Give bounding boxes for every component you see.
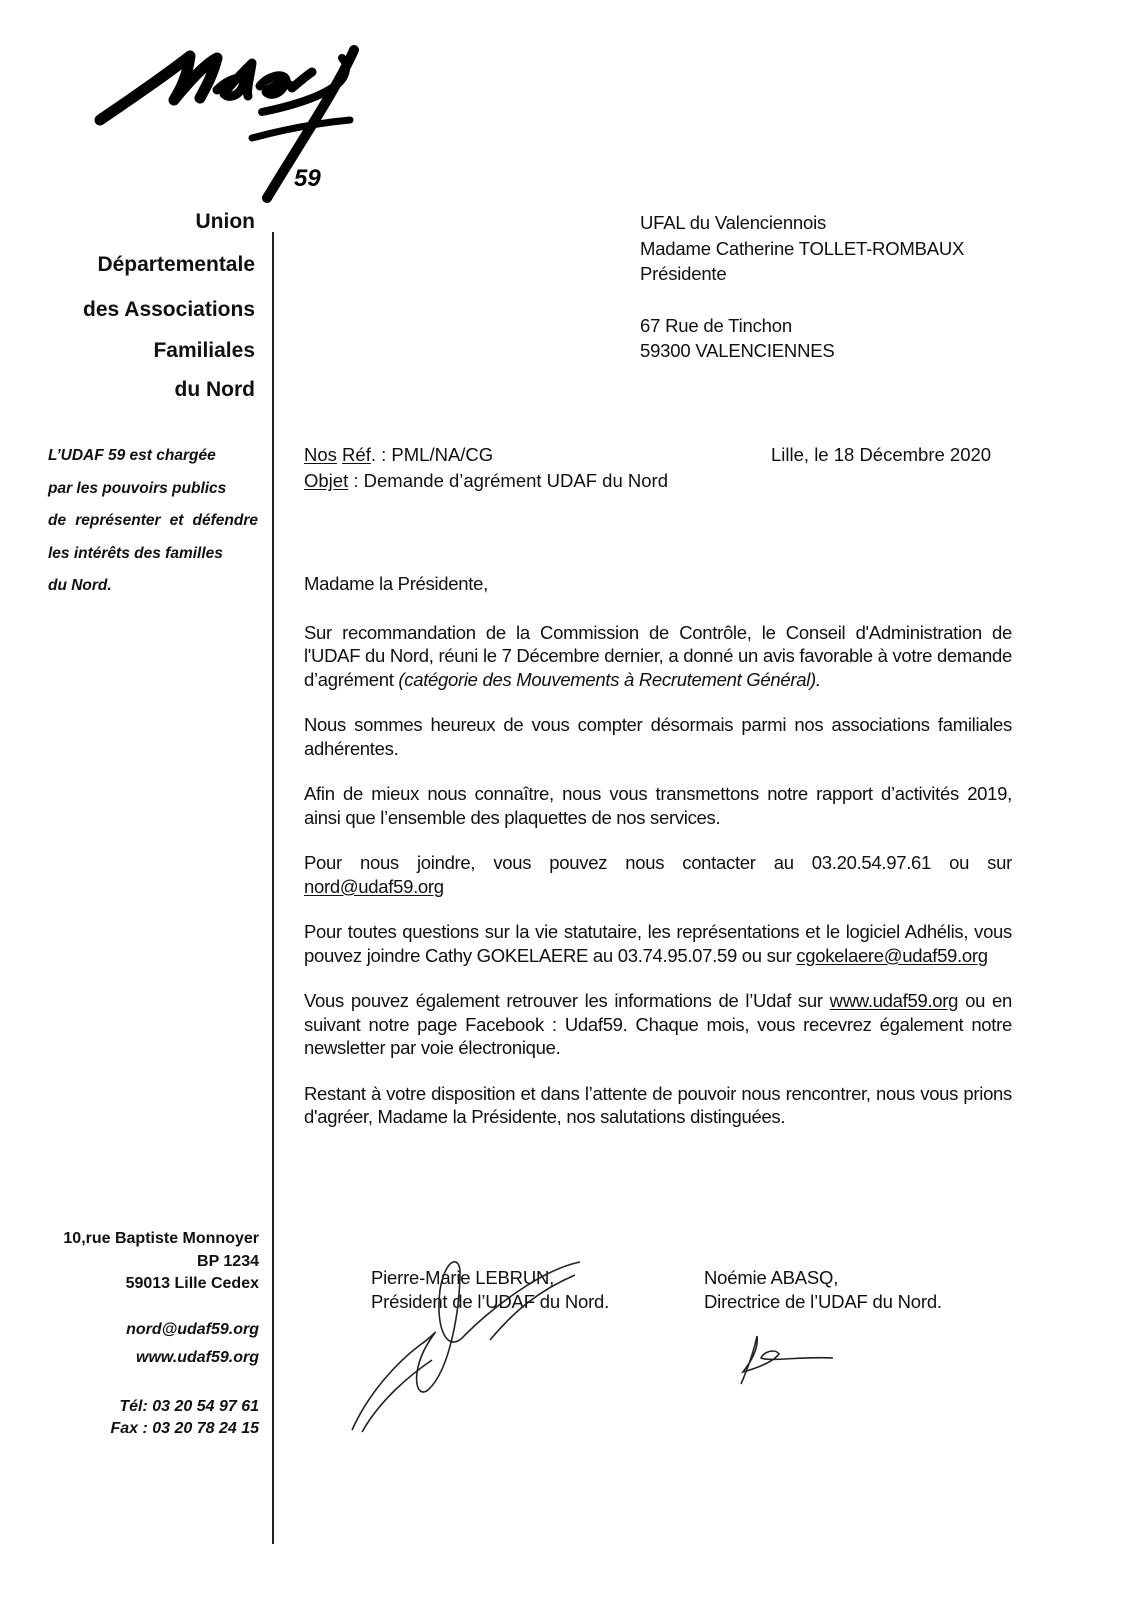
sender-email: nord@udaf59.org <box>63 1316 259 1344</box>
mission-statement: L’UDAF 59 est chargée par les pouvoirs p… <box>48 440 258 603</box>
email-link[interactable]: cgokelaere@udaf59.org <box>796 945 987 966</box>
address-po-box: BP 1234 <box>63 1251 259 1274</box>
recipient-title: Présidente <box>640 261 964 287</box>
sender-website: www.udaf59.org <box>63 1344 259 1372</box>
signature-block-director: Noémie ABASQ, Directrice de l’UDAF du No… <box>704 1266 942 1314</box>
paragraph: Afin de mieux nous connaître, nous vous … <box>304 782 1012 829</box>
organization-name: Union Départementale des Associations Fa… <box>83 202 255 409</box>
sender-fax: Fax : 03 20 78 24 15 <box>63 1418 259 1441</box>
vertical-divider <box>272 232 274 1544</box>
paragraph: Sur recommandation de la Commission de C… <box>304 621 1012 692</box>
signatory-role: Directrice de l’UDAF du Nord. <box>704 1290 942 1314</box>
address-city: 59013 Lille Cedex <box>63 1273 259 1296</box>
mission-line: L’UDAF 59 est chargée <box>48 440 258 473</box>
paragraph: Nous sommes heureux de vous compter déso… <box>304 713 1012 760</box>
paragraph: Vous pouvez également retrouver les info… <box>304 989 1012 1060</box>
website-link[interactable]: www.udaf59.org <box>830 990 958 1011</box>
recipient-street: 67 Rue de Tinchon <box>640 313 964 339</box>
recipient-city: 59300 VALENCIENNES <box>640 338 964 364</box>
salutation: Madame la Présidente, <box>304 572 1012 596</box>
org-name-line: Union <box>83 202 255 241</box>
paragraph: Pour toutes questions sur la vie statuta… <box>304 920 1012 967</box>
reference-block: Nos Réf. : PML/NA/CG Objet : Demande d’a… <box>304 442 668 493</box>
sender-phone: Tél: 03 20 54 97 61 <box>63 1396 259 1419</box>
letter-body: Madame la Présidente, Sur recommandation… <box>304 572 1012 1151</box>
mission-line: les intérêts des familles <box>48 538 258 571</box>
signature-director-icon <box>735 1330 835 1390</box>
recipient-name: Madame Catherine TOLLET-ROMBAUX <box>640 236 964 262</box>
mission-line: de représenter et défendre <box>48 505 258 538</box>
signature-president-icon <box>340 1250 590 1440</box>
signatory-name: Noémie ABASQ, <box>704 1266 942 1290</box>
paragraph: Pour nous joindre, vous pouvez nous cont… <box>304 851 1012 898</box>
address-street: 10,rue Baptiste Monnoyer <box>63 1228 259 1251</box>
org-name-line: Familiales <box>83 332 255 371</box>
email-link[interactable]: nord@udaf59.org <box>304 876 444 897</box>
mission-line: du Nord. <box>48 570 258 603</box>
subject-line: Objet : Demande d’agrément UDAF du Nord <box>304 468 668 494</box>
closing-paragraph: Restant à votre disposition et dans l’at… <box>304 1082 1012 1129</box>
sender-address: 10,rue Baptiste Monnoyer BP 1234 59013 L… <box>63 1228 259 1441</box>
letter-date: Lille, le 18 Décembre 2020 <box>771 442 991 468</box>
mission-line: par les pouvoirs publics <box>48 473 258 506</box>
org-name-line: du Nord <box>83 370 255 409</box>
recipient-organization: UFAL du Valenciennois <box>640 210 964 236</box>
reference-line: Nos Réf. : PML/NA/CG <box>304 442 668 468</box>
udaf-logo: 59 <box>92 28 382 203</box>
org-name-line: des Associations <box>83 288 255 332</box>
org-name-line: Départementale <box>83 241 255 288</box>
svg-text:59: 59 <box>294 165 321 192</box>
recipient-block: UFAL du Valenciennois Madame Catherine T… <box>640 210 964 364</box>
